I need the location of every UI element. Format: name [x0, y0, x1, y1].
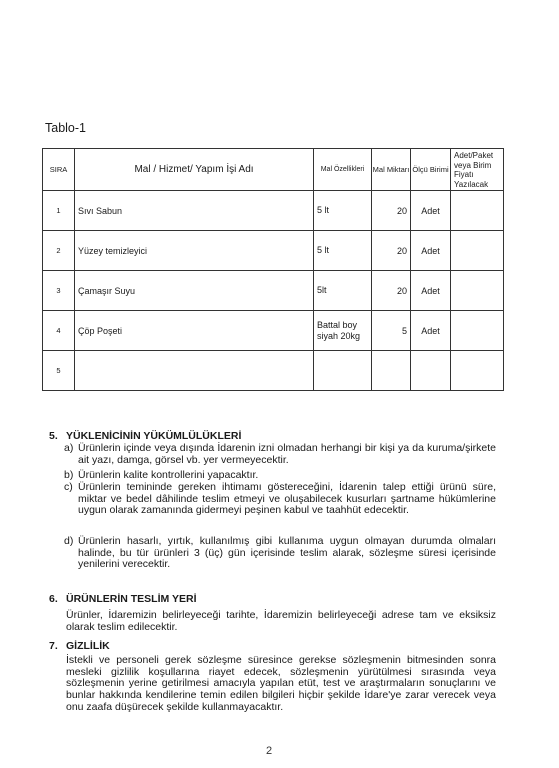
list-item: a) Ürünlerin içinde veya dışında İdareni…	[64, 443, 496, 466]
header-qty: Mal Miktarı	[372, 149, 411, 191]
section-number: 5.	[49, 430, 58, 442]
section-number: 7.	[49, 640, 58, 652]
section-6-text: Ürünler, İdaremizin belirleyeceği tariht…	[66, 610, 496, 633]
item-label: d)	[64, 536, 73, 548]
section-number: 6.	[49, 593, 58, 605]
cell-sira: 3	[43, 271, 75, 311]
table-row: 3 Çamaşır Suyu 5lt 20 Adet	[43, 271, 504, 311]
header-name: Mal / Hizmet/ Yapım İşi Adı	[75, 149, 314, 191]
header-price: Adet/Paket veya Birim Fiyatı Yazılacak	[451, 149, 504, 191]
list-item: c) Ürünlerin temininde gereken ihtimamı …	[64, 482, 496, 517]
item-text: Ürünlerin kalite kontrollerini yapacaktı…	[78, 470, 496, 482]
cell-qty: 20	[372, 231, 411, 271]
cell-price	[451, 311, 504, 351]
items-table: SIRA Mal / Hizmet/ Yapım İşi Adı Mal Öze…	[42, 148, 504, 391]
cell-price	[451, 351, 504, 391]
cell-sira: 5	[43, 351, 75, 391]
item-label: b)	[64, 470, 73, 482]
table-row: 4 Çöp Poşeti Battal boy siyah 20kg 5 Ade…	[43, 311, 504, 351]
list-item: b) Ürünlerin kalite kontrollerini yapaca…	[64, 470, 496, 482]
item-text: Ürünlerin temininde gereken ihtimamı gös…	[78, 482, 496, 517]
header-spec: Mal Özellikleri	[314, 149, 372, 191]
cell-name: Çöp Poşeti	[75, 311, 314, 351]
table-row: 1 Sıvı Sabun 5 lt 20 Adet	[43, 191, 504, 231]
table-title: Tablo-1	[45, 121, 86, 135]
header-unit: Ölçü Birimi	[411, 149, 451, 191]
cell-price	[451, 271, 504, 311]
cell-sira: 4	[43, 311, 75, 351]
section-title: YÜKLENİCİNİN YÜKÜMLÜLÜKLERİ	[66, 430, 241, 442]
cell-qty: 20	[372, 271, 411, 311]
item-label: a)	[64, 443, 73, 455]
table-header-row: SIRA Mal / Hizmet/ Yapım İşi Adı Mal Öze…	[43, 149, 504, 191]
item-label: c)	[64, 482, 73, 494]
cell-name	[75, 351, 314, 391]
cell-qty	[372, 351, 411, 391]
cell-name: Çamaşır Suyu	[75, 271, 314, 311]
cell-name: Sıvı Sabun	[75, 191, 314, 231]
section-7-text: İstekli ve personeli gerek sözleşme süre…	[66, 655, 496, 714]
page-number: 2	[266, 745, 272, 757]
cell-unit: Adet	[411, 231, 451, 271]
cell-sira: 2	[43, 231, 75, 271]
section-title: GİZLİLİK	[66, 640, 110, 652]
cell-spec: Battal boy siyah 20kg	[314, 311, 372, 351]
cell-spec	[314, 351, 372, 391]
cell-unit: Adet	[411, 311, 451, 351]
cell-spec: 5lt	[314, 271, 372, 311]
item-text: Ürünlerin hasarlı, yırtık, kullanılmış g…	[78, 536, 496, 571]
cell-unit: Adet	[411, 191, 451, 231]
item-text: Ürünlerin içinde veya dışında İdarenin i…	[78, 443, 496, 466]
list-item: d) Ürünlerin hasarlı, yırtık, kullanılmı…	[64, 536, 496, 571]
section-title: ÜRÜNLERİN TESLİM YERİ	[66, 593, 196, 605]
cell-name: Yüzey temizleyici	[75, 231, 314, 271]
cell-qty: 5	[372, 311, 411, 351]
cell-price	[451, 191, 504, 231]
table-row: 2 Yüzey temizleyici 5 lt 20 Adet	[43, 231, 504, 271]
cell-sira: 1	[43, 191, 75, 231]
cell-spec: 5 lt	[314, 231, 372, 271]
cell-spec: 5 lt	[314, 191, 372, 231]
cell-qty: 20	[372, 191, 411, 231]
cell-unit	[411, 351, 451, 391]
cell-unit: Adet	[411, 271, 451, 311]
header-sira: SIRA	[43, 149, 75, 191]
cell-price	[451, 231, 504, 271]
table-row: 5	[43, 351, 504, 391]
